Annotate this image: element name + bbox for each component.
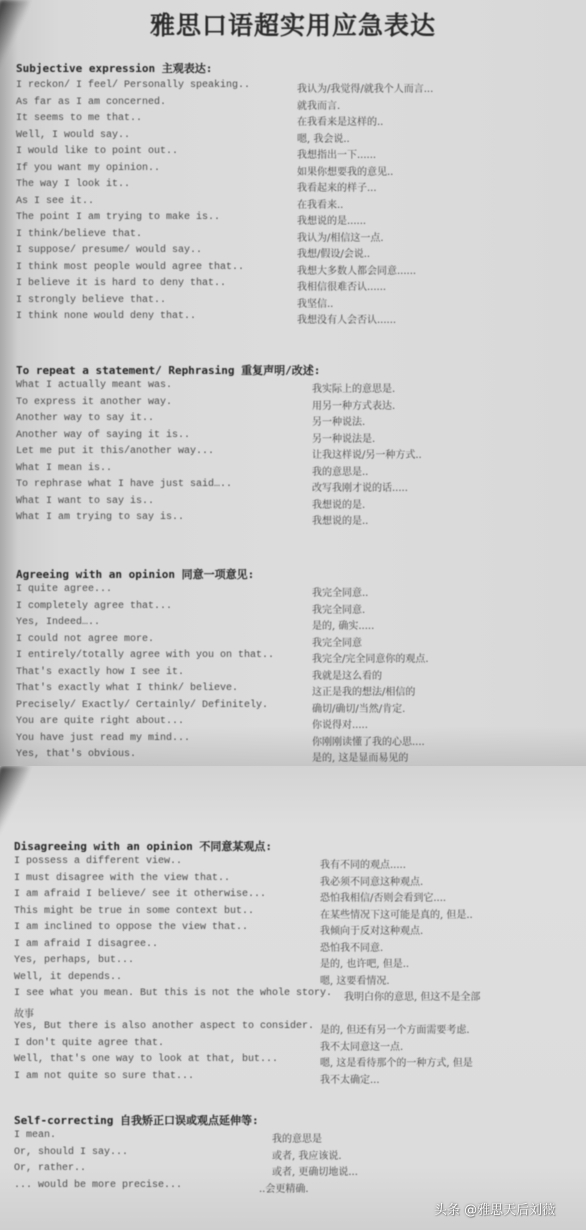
chinese-translation: 我想/假设/会说.. — [297, 245, 370, 260]
list-item: Precisely/ Exactly/ Certainly/ Definitel… — [0, 700, 586, 716]
chinese-translation: 或者, 我应该说. — [272, 1147, 342, 1162]
list-item: ... would be more precise.....会更精确. — [0, 1180, 586, 1196]
list-item: I must disagree with the view that..我必须不… — [0, 873, 586, 889]
list-item: Well, I would say..嗯, 我会说.. — [0, 130, 586, 146]
chinese-translation: 我倾向于反对这种观点. — [320, 922, 423, 937]
chinese-translation: 我想说的是. — [312, 496, 365, 511]
list-item: I suppose/ presume/ would say..我想/假设/会说.… — [0, 245, 586, 261]
english-phrase: Yes, perhaps, but... — [14, 955, 134, 966]
english-phrase: It seems to me that.. — [16, 113, 142, 124]
chinese-translation: 在我看来是这样的.. — [297, 113, 383, 128]
list-item: The way I look it..我看起来的样子... — [0, 179, 586, 195]
section-heading: Disagreeing with an opinion 不同意某观点: — [14, 838, 272, 854]
english-phrase: Well, that's one way to look at that, bu… — [14, 1054, 278, 1065]
section-heading: To repeat a statement/ Rephrasing 重复声明/改… — [16, 362, 320, 378]
list-item: I am afraid I disagree..恐怕我不同意. — [0, 939, 586, 955]
english-phrase: ... would be more precise... — [14, 1180, 182, 1191]
page-fold-shadow — [0, 766, 30, 836]
english-phrase: I see what you mean. But this is not the… — [14, 988, 332, 999]
chinese-translation: 改写我刚才说的话..... — [312, 479, 408, 494]
chinese-translation: 我想大多数人都会同意...... — [297, 262, 416, 277]
english-phrase: The point I am trying to make is.. — [16, 212, 220, 223]
list-item: This might be true in some context but..… — [0, 906, 586, 922]
english-phrase: I quite agree... — [16, 584, 112, 595]
list-item: I think most people would agree that..我想… — [0, 262, 586, 278]
list-item: As I see it..在我看来.. — [0, 196, 586, 212]
english-phrase: I am afraid I disagree.. — [14, 939, 158, 950]
list-item: Well, it depends..嗯, 这要看情况. — [0, 972, 586, 988]
chinese-translation-continuation: 故事 — [14, 1005, 34, 1020]
section-heading: Subjective expression 主观表达: — [16, 60, 212, 76]
list-item: Yes, perhaps, but...是的, 也许吧, 但是.. — [0, 955, 586, 971]
english-phrase: Well, I would say.. — [16, 130, 130, 141]
list-item: What I want to say is..我想说的是. — [0, 496, 586, 512]
list-item: What I actually meant was.我实际上的意思是. — [0, 380, 586, 396]
document-page-1: 雅思口语超实用应急表达 Subjective expression 主观表达: … — [0, 0, 586, 766]
list-item: You are quite right about...你说得对..... — [0, 716, 586, 732]
list-item: Yes, that's obvious.是的, 这是显而易见的 — [0, 749, 586, 765]
chinese-translation: 用另一种方式表达. — [312, 397, 395, 412]
english-phrase: I think none would deny that.. — [16, 311, 196, 322]
english-phrase: I mean. — [14, 1130, 56, 1141]
english-phrase: I don't quite agree that. — [14, 1038, 164, 1049]
list-item: I completely agree that...我完全同意. — [0, 601, 586, 617]
list-item: Or, rather..或者, 更确切地说... — [0, 1163, 586, 1179]
chinese-translation: 我必须不同意这种观点. — [320, 873, 423, 888]
list-item: Yes, Indeed…..是的, 确实..... — [0, 617, 586, 633]
english-phrase: What I want to say is.. — [16, 496, 154, 507]
chinese-translation: 我完全/完全同意你的观点. — [312, 650, 429, 665]
chinese-translation: 我认为/相信这一点. — [297, 229, 384, 244]
list-item: That's exactly what I think/ believe.这正是… — [0, 683, 586, 699]
list-item-continuation: 故事 — [0, 1005, 586, 1021]
list-item: You have just read my mind...你刚刚读懂了我的心思.… — [0, 733, 586, 749]
english-phrase: I completely agree that... — [16, 601, 172, 612]
english-phrase: I am inclined to oppose the view that.. — [14, 922, 248, 933]
list-item: Another way to say it..另一种说法. — [0, 413, 586, 429]
list-item: I am afraid I believe/ see it otherwise.… — [0, 889, 586, 905]
chinese-translation: 在我看来.. — [297, 196, 343, 211]
english-phrase: To rephrase what I have just said….. — [16, 479, 232, 490]
english-phrase: Another way of saying it is.. — [16, 430, 190, 441]
chinese-translation: 嗯, 这要看情况. — [320, 972, 390, 987]
chinese-translation: 我坚信.. — [297, 295, 333, 310]
english-phrase: That's exactly what I think/ believe. — [16, 683, 238, 694]
chinese-translation: 另一种说法是. — [312, 430, 375, 445]
english-phrase: This might be true in some context but.. — [14, 906, 254, 917]
english-phrase: You are quite right about... — [16, 716, 184, 727]
english-phrase: I think/believe that. — [16, 229, 142, 240]
chinese-translation: 恐怕我相信/否则会看到它.... — [320, 889, 446, 904]
english-phrase: You have just read my mind... — [16, 733, 190, 744]
english-phrase: I would like to point out.. — [16, 146, 178, 157]
english-phrase: Or, should I say... — [14, 1147, 128, 1158]
chinese-translation: 你刚刚读懂了我的心思.... — [312, 733, 425, 748]
chinese-translation: ..会更精确. — [259, 1180, 309, 1195]
list-item: I am not quite so sure that...我不太确定... — [0, 1071, 586, 1087]
chinese-translation: 我有不同的观点..... — [320, 856, 406, 871]
chinese-translation: 我想指出一下...... — [297, 146, 376, 161]
list-item: Or, should I say...或者, 我应该说. — [0, 1147, 586, 1163]
chinese-translation: 在某些情况下这可能是真的, 但是.. — [320, 906, 473, 921]
document-title: 雅思口语超实用应急表达 — [0, 6, 586, 42]
chinese-translation: 我就是这么看的 — [312, 667, 382, 682]
list-item: The point I am trying to make is..我想说的是.… — [0, 212, 586, 228]
english-phrase: I am afraid I believe/ see it otherwise.… — [14, 889, 266, 900]
section-heading: Agreeing with an opinion 同意一项意见: — [16, 566, 254, 582]
list-item: Well, that's one way to look at that, bu… — [0, 1054, 586, 1070]
document-page-2: Disagreeing with an opinion 不同意某观点: I po… — [0, 766, 586, 1230]
chinese-translation: 让我这样说/另一种方式.. — [312, 446, 422, 461]
english-phrase: Yes, But there is also another aspect to… — [14, 1021, 314, 1032]
english-phrase: Yes, Indeed….. — [16, 617, 100, 628]
list-item: I think/believe that.我认为/相信这一点. — [0, 229, 586, 245]
section-heading: Self-correcting 自我矫正口误或观点延伸等: — [14, 1112, 259, 1128]
english-phrase: I entirely/totally agree with you on tha… — [16, 650, 274, 661]
list-item: I see what you mean. But this is not the… — [0, 988, 586, 1004]
list-item: I don't quite agree that.我不太同意这一点. — [0, 1038, 586, 1054]
list-item: What I am trying to say is..我想说的是.. — [0, 512, 586, 528]
chinese-translation: 我完全同意. — [312, 601, 365, 616]
chinese-translation: 你说得对..... — [312, 716, 368, 731]
english-phrase: Yes, that's obvious. — [16, 749, 136, 760]
list-item: I quite agree...我完全同意.. — [0, 584, 586, 600]
chinese-translation: 这正是我的想法/相信的 — [312, 683, 415, 698]
english-phrase: If you want my opinion.. — [16, 163, 160, 174]
english-phrase: Let me put it this/another way... — [16, 446, 214, 457]
chinese-translation: 是的, 但还有另一个方面需要考虑. — [320, 1021, 470, 1036]
english-phrase: That's exactly how I see it. — [16, 667, 184, 678]
chinese-translation: 嗯, 我会说.. — [297, 130, 350, 145]
chinese-translation: 是的, 这是显而易见的 — [312, 749, 408, 764]
english-phrase: Another way to say it.. — [16, 413, 154, 424]
english-phrase: As far as I am concerned. — [16, 97, 166, 108]
chinese-translation: 就我而言. — [297, 97, 340, 112]
chinese-translation: 如果你想要我的意见.. — [297, 163, 393, 178]
list-item: Yes, But there is also another aspect to… — [0, 1021, 586, 1037]
chinese-translation: 我的意思是.. — [312, 463, 368, 478]
list-item: What I mean is..我的意思是.. — [0, 463, 586, 479]
chinese-translation: 另一种说法. — [312, 413, 365, 428]
chinese-translation: 恐怕我不同意. — [320, 939, 383, 954]
english-phrase: What I actually meant was. — [16, 380, 172, 391]
list-item: Another way of saying it is..另一种说法是. — [0, 430, 586, 446]
chinese-translation: 是的, 也许吧, 但是.. — [320, 955, 409, 970]
chinese-translation: 我看起来的样子... — [297, 179, 377, 194]
list-item: Let me put it this/another way...让我这样说/另… — [0, 446, 586, 462]
english-phrase: To express it another way. — [16, 397, 172, 408]
english-phrase: I suppose/ presume/ would say.. — [16, 245, 202, 256]
chinese-translation: 我不太同意这一点. — [320, 1038, 403, 1053]
english-phrase: As I see it.. — [16, 196, 94, 207]
list-item: I reckon/ I feel/ Personally speaking..我… — [0, 80, 586, 96]
chinese-translation: 我想说的是.. — [312, 512, 368, 527]
list-item: To express it another way.用另一种方式表达. — [0, 397, 586, 413]
list-item: As far as I am concerned.就我而言. — [0, 97, 586, 113]
english-phrase: I believe it is hard to deny that.. — [16, 278, 226, 289]
list-item: I mean.我的意思是 — [0, 1130, 586, 1146]
chinese-translation: 我实际上的意思是. — [312, 380, 395, 395]
list-item: I think none would deny that..我想没有人会否认..… — [0, 311, 586, 327]
english-phrase: What I mean is.. — [16, 463, 112, 474]
chinese-translation: 或者, 更确切地说... — [272, 1163, 358, 1178]
chinese-translation: 我认为/我觉得/就我个人而言... — [297, 80, 433, 95]
chinese-translation: 我想说的是...... — [297, 212, 366, 227]
list-item: I am inclined to oppose the view that..我… — [0, 922, 586, 938]
english-phrase: I possess a different view.. — [14, 856, 182, 867]
list-item: I would like to point out..我想指出一下...... — [0, 146, 586, 162]
english-phrase: I could not agree more. — [16, 634, 154, 645]
english-phrase: Or, rather.. — [14, 1163, 86, 1174]
list-item: I possess a different view..我有不同的观点..... — [0, 856, 586, 872]
english-phrase: I am not quite so sure that... — [14, 1071, 194, 1082]
list-item: I believe it is hard to deny that..我相信很难… — [0, 278, 586, 294]
chinese-translation: 我相信很难否认...... — [297, 278, 386, 293]
list-item: I could not agree more.我完全同意 — [0, 634, 586, 650]
chinese-translation: 我想没有人会否认...... — [297, 311, 396, 326]
list-item: That's exactly how I see it.我就是这么看的 — [0, 667, 586, 683]
chinese-translation: 确切/确切/当然/肯定. — [312, 700, 405, 715]
list-item: If you want my opinion..如果你想要我的意见.. — [0, 163, 586, 179]
chinese-translation: 我明白你的意思, 但这不是全部 — [344, 988, 480, 1003]
english-phrase: What I am trying to say is.. — [16, 512, 184, 523]
chinese-translation: 我的意思是 — [272, 1130, 322, 1145]
english-phrase: I strongly believe that.. — [16, 295, 166, 306]
english-phrase: I reckon/ I feel/ Personally speaking.. — [16, 80, 250, 91]
list-item: To rephrase what I have just said…..改写我刚… — [0, 479, 586, 495]
english-phrase: I must disagree with the view that.. — [14, 873, 230, 884]
list-item: I strongly believe that..我坚信.. — [0, 295, 586, 311]
chinese-translation: 嗯, 这是看待那个的一种方式, 但是 — [320, 1054, 473, 1069]
english-phrase: Well, it depends.. — [14, 972, 122, 983]
chinese-translation: 是的, 确实..... — [312, 617, 374, 632]
english-phrase: I think most people would agree that.. — [16, 262, 244, 273]
chinese-translation: 我完全同意.. — [312, 584, 368, 599]
watermark-label: 头条 @雅思天后刘薇 — [434, 1199, 555, 1218]
chinese-translation: 我不太确定... — [320, 1071, 380, 1086]
english-phrase: The way I look it.. — [16, 179, 130, 190]
english-phrase: Precisely/ Exactly/ Certainly/ Definitel… — [16, 700, 268, 711]
list-item: It seems to me that..在我看来是这样的.. — [0, 113, 586, 129]
chinese-translation: 我完全同意 — [312, 634, 362, 649]
list-item: I entirely/totally agree with you on tha… — [0, 650, 586, 666]
